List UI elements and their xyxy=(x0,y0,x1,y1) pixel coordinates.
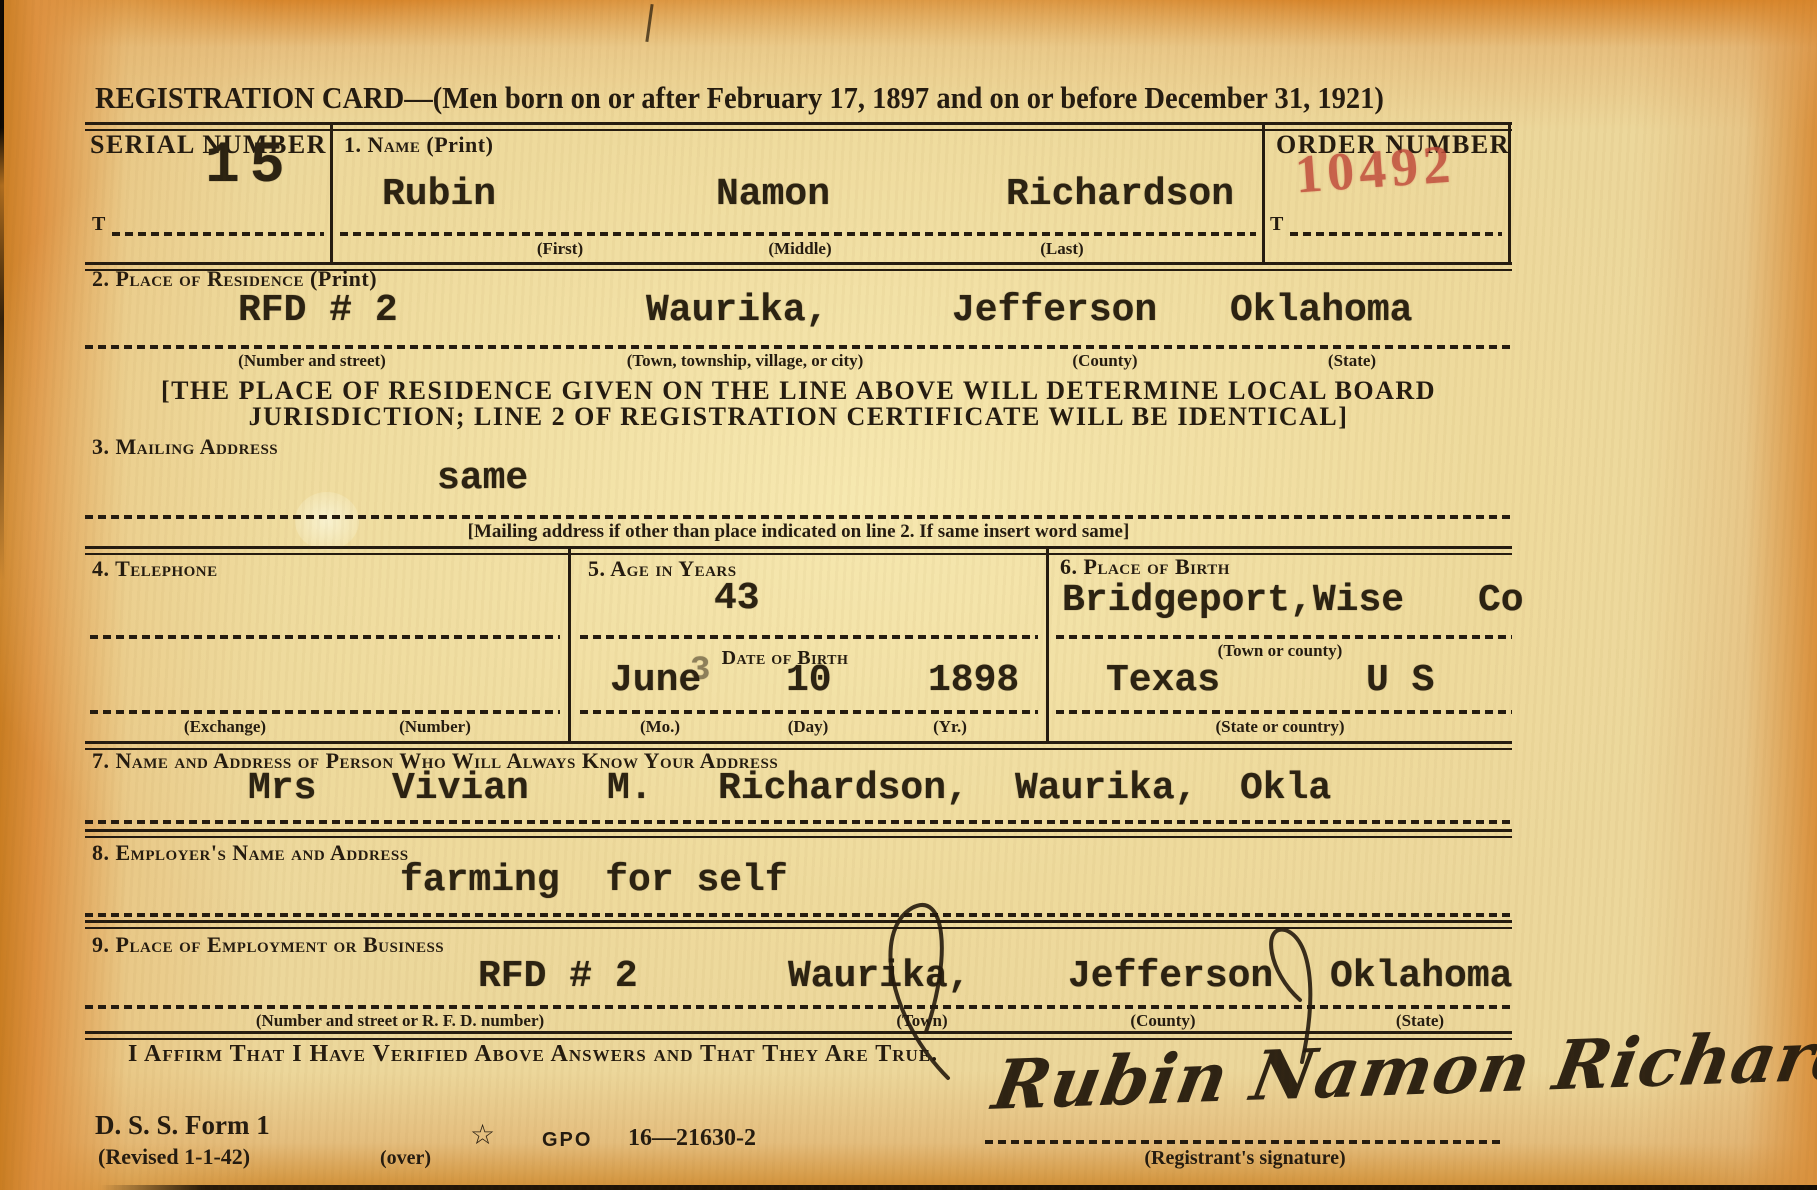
rule-after-employer xyxy=(85,920,1512,929)
dob-caption-month: (Mo.) xyxy=(640,718,680,735)
serial-number-value: 15 xyxy=(205,138,295,196)
employment-caption-street: (Number and street or R. F. D. number) xyxy=(256,1012,544,1029)
residence-county-value: Jefferson xyxy=(952,292,1157,330)
contact-part-title: Mrs xyxy=(248,770,316,808)
serial-fill-line xyxy=(112,232,324,236)
employment-caption-town: (Town) xyxy=(896,1012,947,1029)
residence-town-value: Waurika, xyxy=(646,292,828,330)
contact-part-middle: M. xyxy=(607,770,653,808)
telephone-fill-line1 xyxy=(90,635,560,639)
name-caption-middle: (Middle) xyxy=(768,240,831,257)
name-print-hint: (Print) xyxy=(426,132,493,157)
paper-stain xyxy=(295,492,359,550)
dob-caption-year: (Yr.) xyxy=(933,718,967,735)
residence-caption-state: (State) xyxy=(1328,352,1376,369)
telephone-caption-number: (Number) xyxy=(399,718,471,735)
birth-year-value: 1898 xyxy=(928,662,1019,700)
gpo-label: GPO xyxy=(542,1130,592,1150)
birthplace-state-value: Texas xyxy=(1106,662,1220,700)
birthplace-town-caption: (Town or county) xyxy=(1218,642,1343,659)
affirmation-text: I Affirm That I Have Verified Above Answ… xyxy=(128,1042,938,1066)
birthplace-state-caption: (State or country) xyxy=(1215,718,1344,735)
rule-after-contact xyxy=(85,829,1512,838)
residence-label: 2. Place of Residence (Print) xyxy=(92,268,377,290)
birthplace-state-fill-line xyxy=(1056,710,1512,714)
name-last-value: Richardson xyxy=(1006,176,1234,214)
name-label-text: 1. Name xyxy=(344,132,420,157)
residence-note-line1: [THE PLACE OF RESIDENCE GIVEN ON THE LIN… xyxy=(85,378,1512,404)
residence-street-value: RFD # 2 xyxy=(238,292,398,330)
serial-t-prefix: T xyxy=(92,214,105,234)
contact-part-first: Vivian xyxy=(392,770,529,808)
pen-mark-top xyxy=(645,4,653,42)
rule-after-mailing xyxy=(85,546,1512,555)
divider-age-birthplace xyxy=(1046,548,1049,743)
birthplace-town-fill-line xyxy=(1056,635,1512,639)
employment-county-value: Jefferson xyxy=(1068,958,1273,996)
birthplace-town-value: Bridgeport,Wise xyxy=(1062,582,1404,620)
mailing-fill-line xyxy=(85,515,1512,519)
name-caption-last: (Last) xyxy=(1040,240,1083,257)
divider-tel-age xyxy=(568,548,571,743)
order-t-prefix: T xyxy=(1270,214,1283,234)
signature-fill-line xyxy=(985,1140,1505,1144)
residence-state-value: Oklahoma xyxy=(1230,292,1412,330)
employer-value: farming for self xyxy=(400,862,788,900)
name-first-value: Rubin xyxy=(382,176,496,214)
residence-note-line2: JURISDICTION; LINE 2 OF REGISTRATION CER… xyxy=(85,404,1512,430)
birth-overstrike: 3 xyxy=(690,654,710,688)
form-revision: (Revised 1-1-42) xyxy=(98,1146,250,1168)
age-fill-line xyxy=(580,635,1038,639)
gpo-print-code: 16—21630-2 xyxy=(628,1126,756,1150)
telephone-fill-line2 xyxy=(90,710,560,714)
residence-fill-line xyxy=(85,345,1512,349)
dob-caption-day: (Day) xyxy=(788,718,829,735)
mailing-caption: [Mailing address if other than place ind… xyxy=(85,522,1512,541)
employer-label: 8. Employer's Name and Address xyxy=(92,842,409,864)
name-caption-first: (First) xyxy=(537,240,583,257)
form-number: D. S. S. Form 1 xyxy=(95,1112,270,1139)
employment-fill-line xyxy=(85,1005,1512,1009)
employment-caption-state: (State) xyxy=(1396,1012,1444,1029)
age-value: 43 xyxy=(714,580,760,618)
telephone-label: 4. Telephone xyxy=(92,558,218,580)
employer-fill-line xyxy=(85,913,1512,917)
mailing-value: same xyxy=(437,460,528,498)
employment-state-value: Oklahoma xyxy=(1330,958,1512,996)
mailing-label: 3. Mailing Address xyxy=(92,436,278,458)
divider-name-order xyxy=(1262,124,1265,264)
contact-part-town: Waurika, xyxy=(1015,770,1197,808)
order-fill-line xyxy=(1290,232,1502,236)
contact-part-state: Okla xyxy=(1240,770,1331,808)
name-fill-line xyxy=(340,232,1256,236)
name-middle-value: Namon xyxy=(716,176,830,214)
employment-caption-county: (County) xyxy=(1130,1012,1195,1029)
order-number-stamp: 10492 xyxy=(1293,136,1456,201)
dob-fill-line xyxy=(580,710,1038,714)
name-label: 1. Name (Print) xyxy=(344,134,493,156)
employment-town-value: Waurika, xyxy=(788,958,970,996)
residence-caption-town: (Town, township, village, or city) xyxy=(627,352,864,369)
registration-card: REGISTRATION CARD—(Men born on or after … xyxy=(0,0,1817,1190)
contact-fill-line xyxy=(85,820,1512,824)
signature-caption: (Registrant's signature) xyxy=(1144,1148,1345,1168)
residence-label-text: 2. Place of Residence xyxy=(92,266,304,291)
scan-edge-left xyxy=(0,0,4,580)
employment-label: 9. Place of Employment or Business xyxy=(92,934,444,956)
employment-street-value: RFD # 2 xyxy=(478,958,638,996)
contact-part-last: Richardson, xyxy=(718,770,969,808)
over-note: (over) xyxy=(380,1148,431,1168)
scan-edge-bottom xyxy=(100,1185,1817,1190)
birthplace-town-suffix: Co xyxy=(1478,582,1524,620)
birthplace-label: 6. Place of Birth xyxy=(1060,556,1230,578)
star-icon: ☆ xyxy=(470,1122,495,1150)
birth-day-value: 10 xyxy=(786,662,832,700)
residence-caption-street: (Number and street) xyxy=(238,352,386,369)
divider-serial-name xyxy=(330,124,333,264)
residence-caption-county: (County) xyxy=(1072,352,1137,369)
telephone-caption-exchange: (Exchange) xyxy=(184,718,266,735)
residence-print-hint: (Print) xyxy=(310,266,377,291)
birthplace-country-value: U S xyxy=(1366,662,1434,700)
birth-month-value: June xyxy=(610,662,701,700)
card-title: REGISTRATION CARD—(Men born on or after … xyxy=(95,82,1384,113)
